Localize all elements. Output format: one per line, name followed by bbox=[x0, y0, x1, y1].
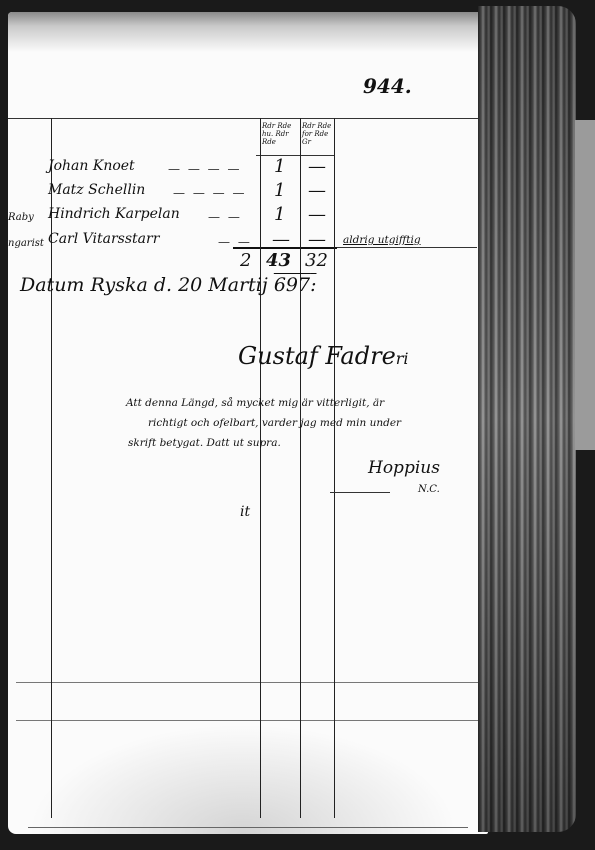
column-header-1: Rdr Rde hu. Rdr Rde bbox=[262, 122, 298, 146]
margin-rule bbox=[51, 118, 52, 818]
background-surface bbox=[575, 120, 595, 450]
attestation-line-2: richtigt och ofelbart, varder jag med mi… bbox=[148, 417, 401, 429]
signer-flourish bbox=[330, 492, 390, 493]
dating-year: 697: bbox=[274, 274, 317, 296]
dating-line: Datum Ryska d. 20 Martij 697: bbox=[20, 274, 316, 296]
row-col1: 1 bbox=[274, 204, 285, 225]
row-name: Hindrich Karpelan bbox=[48, 206, 180, 222]
column-rule-1 bbox=[260, 118, 261, 818]
bottom-rule-1 bbox=[16, 682, 478, 683]
column-rule-2 bbox=[300, 118, 301, 818]
row-col2: — bbox=[308, 180, 326, 201]
header-rule bbox=[8, 118, 478, 119]
dating-year-text: 697 bbox=[274, 274, 310, 296]
row-leader: — — — — bbox=[173, 186, 246, 200]
page-number: 944. bbox=[363, 74, 412, 98]
dating-text: Datum Ryska d. 20 Martij bbox=[20, 274, 268, 296]
row-remark: aldrig utgifftig bbox=[343, 234, 421, 246]
row-leader: — — bbox=[218, 235, 252, 249]
row-col2: — bbox=[308, 229, 326, 250]
attestation-signer: Hoppius bbox=[368, 458, 440, 478]
total-col2: 32 bbox=[305, 250, 328, 271]
attestation-line-1: Att denna Längd, så mycket mig är vitter… bbox=[126, 397, 384, 409]
marginal-note: it bbox=[240, 504, 250, 520]
remark-rule bbox=[337, 247, 477, 248]
row-col1: — bbox=[272, 229, 290, 250]
column-header-2: Rdr Rde for Rde Gr bbox=[302, 122, 332, 146]
margin-place-1: Raby bbox=[8, 212, 34, 223]
attestation-signer-suffix: N.C. bbox=[418, 484, 440, 495]
total-col1: 43 bbox=[266, 250, 291, 271]
margin-place-2: ngarist bbox=[8, 238, 44, 249]
row-col1: 1 bbox=[274, 156, 285, 177]
row-name: Johan Knoet bbox=[48, 158, 135, 174]
total-pre: 2 bbox=[240, 250, 251, 271]
row-leader: — — — — bbox=[168, 162, 241, 176]
bottom-edge-rule bbox=[28, 827, 468, 828]
bottom-stain bbox=[28, 724, 458, 834]
row-col1: 1 bbox=[274, 180, 285, 201]
signature-name: Gustaf Fadre bbox=[238, 342, 396, 370]
row-name: Carl Vitarsstarr bbox=[48, 231, 159, 247]
row-name: Matz Schellin bbox=[48, 182, 145, 198]
bottom-rule-2 bbox=[16, 720, 478, 721]
row-col2: — bbox=[308, 204, 326, 225]
row-col2: — bbox=[308, 156, 326, 177]
signer-name: Hoppius bbox=[368, 458, 440, 478]
book-page-edges bbox=[478, 6, 576, 832]
top-shadow bbox=[8, 12, 488, 52]
ledger-page: 944. Rdr Rde hu. Rdr Rde Rdr Rde for Rde… bbox=[8, 12, 488, 834]
page-number-text: 944 bbox=[363, 74, 405, 98]
signature: Gustaf Fadreri bbox=[238, 342, 409, 370]
row-leader: — — bbox=[208, 210, 242, 224]
signature-suffix: ri bbox=[396, 349, 409, 368]
column-rule-3 bbox=[334, 118, 335, 818]
attestation-line-3: skrift betygat. Datt ut supra. bbox=[128, 437, 281, 449]
